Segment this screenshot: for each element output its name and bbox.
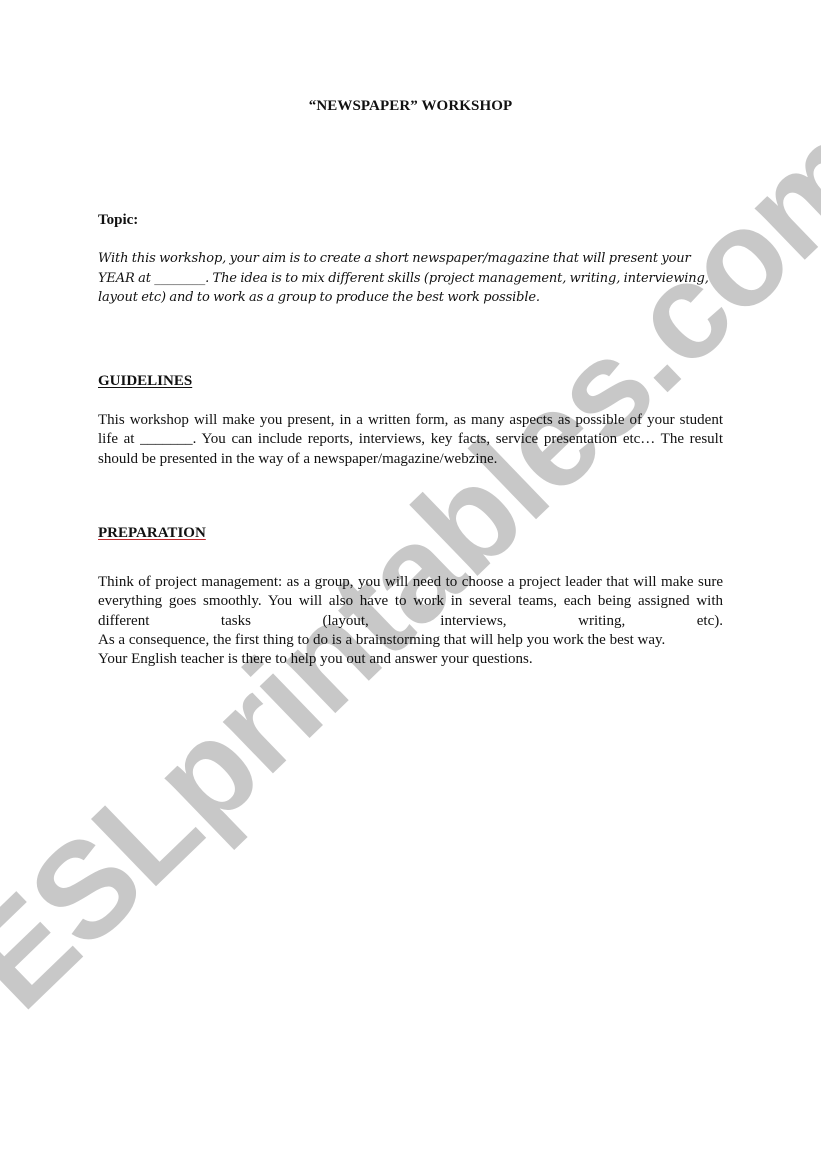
guidelines-text: This workshop will make you present, in …: [98, 411, 723, 469]
preparation-paragraph-2: As a consequence, the first thing to do …: [98, 631, 723, 650]
topic-paragraph: With this workshop, your aim is to creat…: [98, 249, 723, 308]
document-title: “NEWSPAPER” WORKSHOP: [98, 98, 723, 115]
guidelines-heading: GUIDELINES: [98, 373, 192, 390]
preparation-paragraph-3: Your English teacher is there to help yo…: [98, 650, 723, 669]
preparation-paragraph-1: Think of project management: as a group,…: [98, 573, 723, 631]
topic-label: Topic:: [98, 212, 138, 229]
guidelines-paragraph: This workshop will make you present, in …: [98, 411, 723, 469]
worksheet-page: ESLprintables.com “NEWSPAPER” WORKSHOP T…: [0, 0, 821, 1162]
watermark: ESLprintables.com: [0, 94, 821, 1038]
preparation-section: Think of project management: as a group,…: [98, 573, 723, 669]
preparation-heading: PREPARATION: [98, 525, 206, 542]
